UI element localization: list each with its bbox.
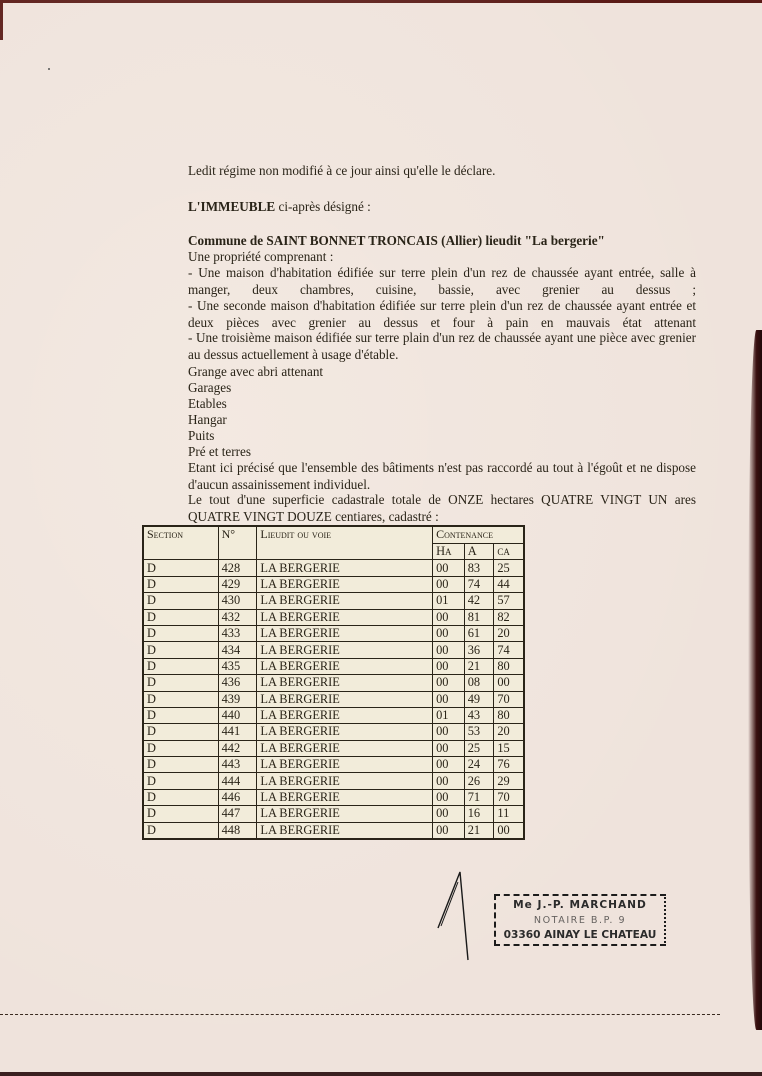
cell-section: D <box>143 576 218 592</box>
table-row: D430LA BERGERIE014257 <box>143 593 524 609</box>
cell-number: 446 <box>218 789 257 805</box>
header-lieudit: Lieudit ou voie <box>257 526 433 560</box>
table-row: D441LA BERGERIE005320 <box>143 724 524 740</box>
cell-ha: 00 <box>433 757 465 773</box>
outbuilding-item: Grange avec abri attenant <box>188 364 323 381</box>
cell-section: D <box>143 625 218 641</box>
cell-number: 428 <box>218 560 257 576</box>
cell-ha: 00 <box>433 740 465 756</box>
cell-section: D <box>143 609 218 625</box>
cell-ca: 70 <box>494 789 524 805</box>
cell-a: 21 <box>464 822 494 839</box>
cell-lieudit: LA BERGERIE <box>257 757 433 773</box>
table-row: D428LA BERGERIE008325 <box>143 560 524 576</box>
cell-ha: 00 <box>433 773 465 789</box>
cell-section: D <box>143 724 218 740</box>
cell-lieudit: LA BERGERIE <box>257 609 433 625</box>
cell-section: D <box>143 773 218 789</box>
cell-ha: 00 <box>433 560 465 576</box>
cell-ca: 25 <box>494 560 524 576</box>
cell-a: 83 <box>464 560 494 576</box>
cell-lieudit: LA BERGERIE <box>257 658 433 674</box>
stamp-notary-address: 03360 AINAY LE CHATEAU <box>496 928 664 943</box>
table-row: D435LA BERGERIE002180 <box>143 658 524 674</box>
cell-a: 36 <box>464 642 494 658</box>
table-row: D444LA BERGERIE002629 <box>143 773 524 789</box>
table-row: D439LA BERGERIE004970 <box>143 691 524 707</box>
cell-number: 447 <box>218 806 257 822</box>
signature-mark <box>430 860 480 970</box>
cell-number: 435 <box>218 658 257 674</box>
cell-a: 08 <box>464 675 494 691</box>
cell-number: 441 <box>218 724 257 740</box>
cell-ca: 70 <box>494 691 524 707</box>
cell-section: D <box>143 675 218 691</box>
cell-ha: 01 <box>433 593 465 609</box>
cell-section: D <box>143 658 218 674</box>
property-intro: Une propriété comprenant : <box>188 249 333 266</box>
cell-section: D <box>143 593 218 609</box>
paper-speck <box>48 68 50 70</box>
cell-a: 42 <box>464 593 494 609</box>
surface-note: Le tout d'une superficie cadastrale tota… <box>153 492 696 525</box>
house-2-description: - Une seconde maison d'habitation édifié… <box>153 298 696 331</box>
cell-number: 436 <box>218 675 257 691</box>
table-row: D440LA BERGERIE014380 <box>143 707 524 723</box>
cell-lieudit: LA BERGERIE <box>257 740 433 756</box>
cell-ca: 29 <box>494 773 524 789</box>
page-curl-shadow <box>748 330 762 1030</box>
cadastral-table: Section N° Lieudit ou voie Contenance Ha… <box>142 525 525 840</box>
outbuilding-item: Puits <box>188 428 214 445</box>
cell-number: 444 <box>218 773 257 789</box>
cell-section: D <box>143 757 218 773</box>
table-row: D443LA BERGERIE002476 <box>143 757 524 773</box>
cell-section: D <box>143 642 218 658</box>
cell-number: 434 <box>218 642 257 658</box>
table-row: D436LA BERGERIE000800 <box>143 675 524 691</box>
cell-lieudit: LA BERGERIE <box>257 691 433 707</box>
cell-ha: 00 <box>433 642 465 658</box>
footer-rule <box>0 1014 720 1015</box>
cell-ca: 80 <box>494 658 524 674</box>
cell-ha: 01 <box>433 707 465 723</box>
cell-ha: 00 <box>433 609 465 625</box>
cell-ca: 74 <box>494 642 524 658</box>
cell-lieudit: LA BERGERIE <box>257 593 433 609</box>
immeuble-line: L'IMMEUBLE ci-après désigné : <box>188 199 371 216</box>
stamp-notary-name: Me J.-P. MARCHAND <box>496 898 664 913</box>
immeuble-rest: ci-après désigné : <box>275 199 371 214</box>
cadastral-table-body: D428LA BERGERIE008325D429LA BERGERIE0074… <box>143 560 524 839</box>
cell-number: 443 <box>218 757 257 773</box>
cell-ca: 15 <box>494 740 524 756</box>
table-row: D434LA BERGERIE003674 <box>143 642 524 658</box>
cell-lieudit: LA BERGERIE <box>257 625 433 641</box>
cell-ha: 00 <box>433 675 465 691</box>
cell-lieudit: LA BERGERIE <box>257 773 433 789</box>
stamp-notary-box: NOTAIRE B.P. 9 <box>496 913 664 928</box>
cell-lieudit: LA BERGERIE <box>257 789 433 805</box>
outbuilding-item: Pré et terres <box>188 444 251 461</box>
table-header-row: Section N° Lieudit ou voie Contenance <box>143 526 524 544</box>
cell-a: 24 <box>464 757 494 773</box>
table-row: D429LA BERGERIE007444 <box>143 576 524 592</box>
header-a: A <box>464 544 494 560</box>
table-row: D442LA BERGERIE002515 <box>143 740 524 756</box>
cell-a: 53 <box>464 724 494 740</box>
cell-a: 49 <box>464 691 494 707</box>
cell-number: 448 <box>218 822 257 839</box>
cell-section: D <box>143 691 218 707</box>
table-row: D446LA BERGERIE007170 <box>143 789 524 805</box>
outbuilding-item: Garages <box>188 380 231 397</box>
header-ha: Ha <box>433 544 465 560</box>
cell-ca: 76 <box>494 757 524 773</box>
cell-ha: 00 <box>433 576 465 592</box>
cell-a: 25 <box>464 740 494 756</box>
header-section: Section <box>143 526 218 560</box>
cell-a: 21 <box>464 658 494 674</box>
cell-ha: 00 <box>433 789 465 805</box>
cell-ha: 00 <box>433 822 465 839</box>
cell-lieudit: LA BERGERIE <box>257 822 433 839</box>
house-1-description: - Une maison d'habitation édifiée sur te… <box>153 265 696 298</box>
header-contenance: Contenance <box>433 526 524 544</box>
cell-section: D <box>143 560 218 576</box>
cell-a: 74 <box>464 576 494 592</box>
cell-ha: 00 <box>433 625 465 641</box>
header-ca: ca <box>494 544 524 560</box>
page-bottom-edge <box>0 1072 762 1076</box>
cell-section: D <box>143 806 218 822</box>
cell-ca: 82 <box>494 609 524 625</box>
cell-ca: 57 <box>494 593 524 609</box>
cell-number: 433 <box>218 625 257 641</box>
cell-lieudit: LA BERGERIE <box>257 675 433 691</box>
table-row: D432LA BERGERIE008182 <box>143 609 524 625</box>
cell-number: 430 <box>218 593 257 609</box>
cell-lieudit: LA BERGERIE <box>257 724 433 740</box>
cell-ha: 00 <box>433 691 465 707</box>
cell-a: 71 <box>464 789 494 805</box>
outbuilding-item: Hangar <box>188 412 227 429</box>
cell-number: 429 <box>218 576 257 592</box>
commune-heading: Commune de SAINT BONNET TRONCAIS (Allier… <box>188 233 605 250</box>
cell-ca: 20 <box>494 724 524 740</box>
cell-number: 440 <box>218 707 257 723</box>
cell-ca: 00 <box>494 822 524 839</box>
table-row: D433LA BERGERIE006120 <box>143 625 524 641</box>
house-3-description: - Une troisième maison édifiée sur terre… <box>153 330 696 363</box>
cell-number: 439 <box>218 691 257 707</box>
cell-a: 61 <box>464 625 494 641</box>
cell-a: 43 <box>464 707 494 723</box>
cell-number: 442 <box>218 740 257 756</box>
cell-number: 432 <box>218 609 257 625</box>
cell-ha: 00 <box>433 724 465 740</box>
sewer-note: Etant ici précisé que l'ensemble des bât… <box>153 460 696 493</box>
cell-a: 26 <box>464 773 494 789</box>
immeuble-label: L'IMMEUBLE <box>188 199 275 214</box>
table-row: D448LA BERGERIE002100 <box>143 822 524 839</box>
cell-ca: 44 <box>494 576 524 592</box>
cell-lieudit: LA BERGERIE <box>257 642 433 658</box>
notary-stamp: Me J.-P. MARCHAND NOTAIRE B.P. 9 03360 A… <box>494 894 666 946</box>
cell-lieudit: LA BERGERIE <box>257 806 433 822</box>
cell-section: D <box>143 740 218 756</box>
cell-lieudit: LA BERGERIE <box>257 576 433 592</box>
cell-section: D <box>143 789 218 805</box>
cell-a: 16 <box>464 806 494 822</box>
cell-lieudit: LA BERGERIE <box>257 707 433 723</box>
header-number: N° <box>218 526 257 560</box>
cell-lieudit: LA BERGERIE <box>257 560 433 576</box>
cell-a: 81 <box>464 609 494 625</box>
cell-ca: 11 <box>494 806 524 822</box>
cell-section: D <box>143 707 218 723</box>
intro-line: Ledit régime non modifié à ce jour ainsi… <box>188 163 495 180</box>
cell-ca: 20 <box>494 625 524 641</box>
cell-section: D <box>143 822 218 839</box>
table-row: D447LA BERGERIE001611 <box>143 806 524 822</box>
outbuilding-item: Etables <box>188 396 227 413</box>
cell-ha: 00 <box>433 806 465 822</box>
cell-ha: 00 <box>433 658 465 674</box>
cell-ca: 00 <box>494 675 524 691</box>
cell-ca: 80 <box>494 707 524 723</box>
